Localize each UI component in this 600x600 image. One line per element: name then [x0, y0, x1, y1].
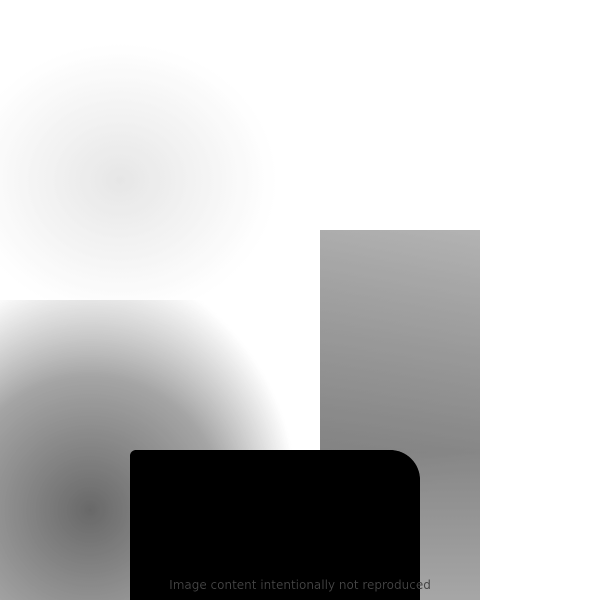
photo: Image content intentionally not reproduc…	[0, 0, 600, 600]
caption: Image content intentionally not reproduc…	[0, 578, 600, 592]
